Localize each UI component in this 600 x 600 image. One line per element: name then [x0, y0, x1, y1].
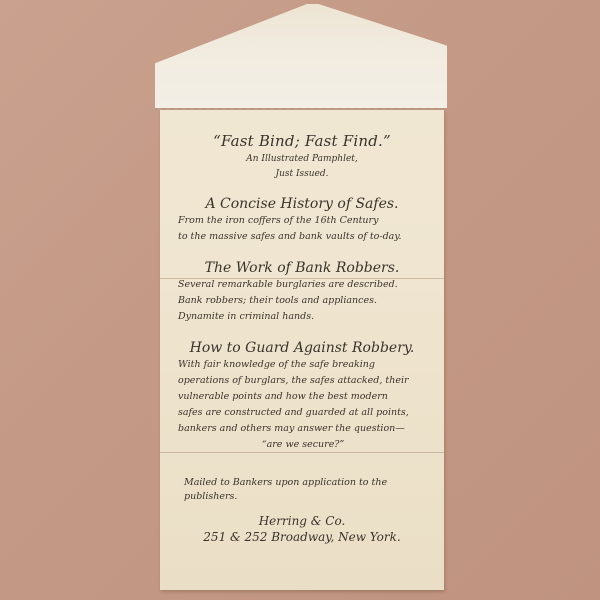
- subtitle-line: An Illustrated Pamphlet,: [160, 154, 444, 165]
- envelope-flap: [155, 4, 447, 108]
- section-line: operations of burglars, the safes attack…: [160, 372, 444, 388]
- section-heading: How to Guard Against Robbery.: [160, 340, 444, 356]
- section-line: vulnerable points and how the best moder…: [160, 388, 444, 404]
- section-line: Several remarkable burglaries are descri…: [160, 276, 444, 292]
- section-line: “are we secure?”: [160, 436, 444, 452]
- pamphlet-title: “Fast Bind; Fast Find.”: [160, 132, 444, 150]
- section-line: bankers and others may answer the questi…: [160, 420, 444, 436]
- section-line: Dynamite in criminal hands.: [160, 308, 444, 324]
- section-line: to the massive safes and bank vaults of …: [160, 228, 444, 244]
- section-line: With fair knowledge of the safe breaking: [160, 356, 444, 372]
- subtitle-line: Just Issued.: [160, 169, 444, 180]
- pamphlet-content: “Fast Bind; Fast Find.” An Illustrated P…: [160, 110, 444, 590]
- section-line: Bank robbers; their tools and appliances…: [160, 292, 444, 308]
- section-line: From the iron coffers of the 16th Centur…: [160, 212, 444, 228]
- pamphlet-sheet: “Fast Bind; Fast Find.” An Illustrated P…: [160, 110, 444, 590]
- publisher-name: Herring & Co.: [160, 514, 444, 528]
- publisher-address: 251 & 252 Broadway, New York.: [160, 530, 444, 544]
- mailed-note: Mailed to Bankers upon application to th…: [160, 452, 444, 504]
- section-heading: A Concise History of Safes.: [160, 196, 444, 212]
- section-heading: The Work of Bank Robbers.: [160, 260, 444, 276]
- section-line: safes are constructed and guarded at all…: [160, 404, 444, 420]
